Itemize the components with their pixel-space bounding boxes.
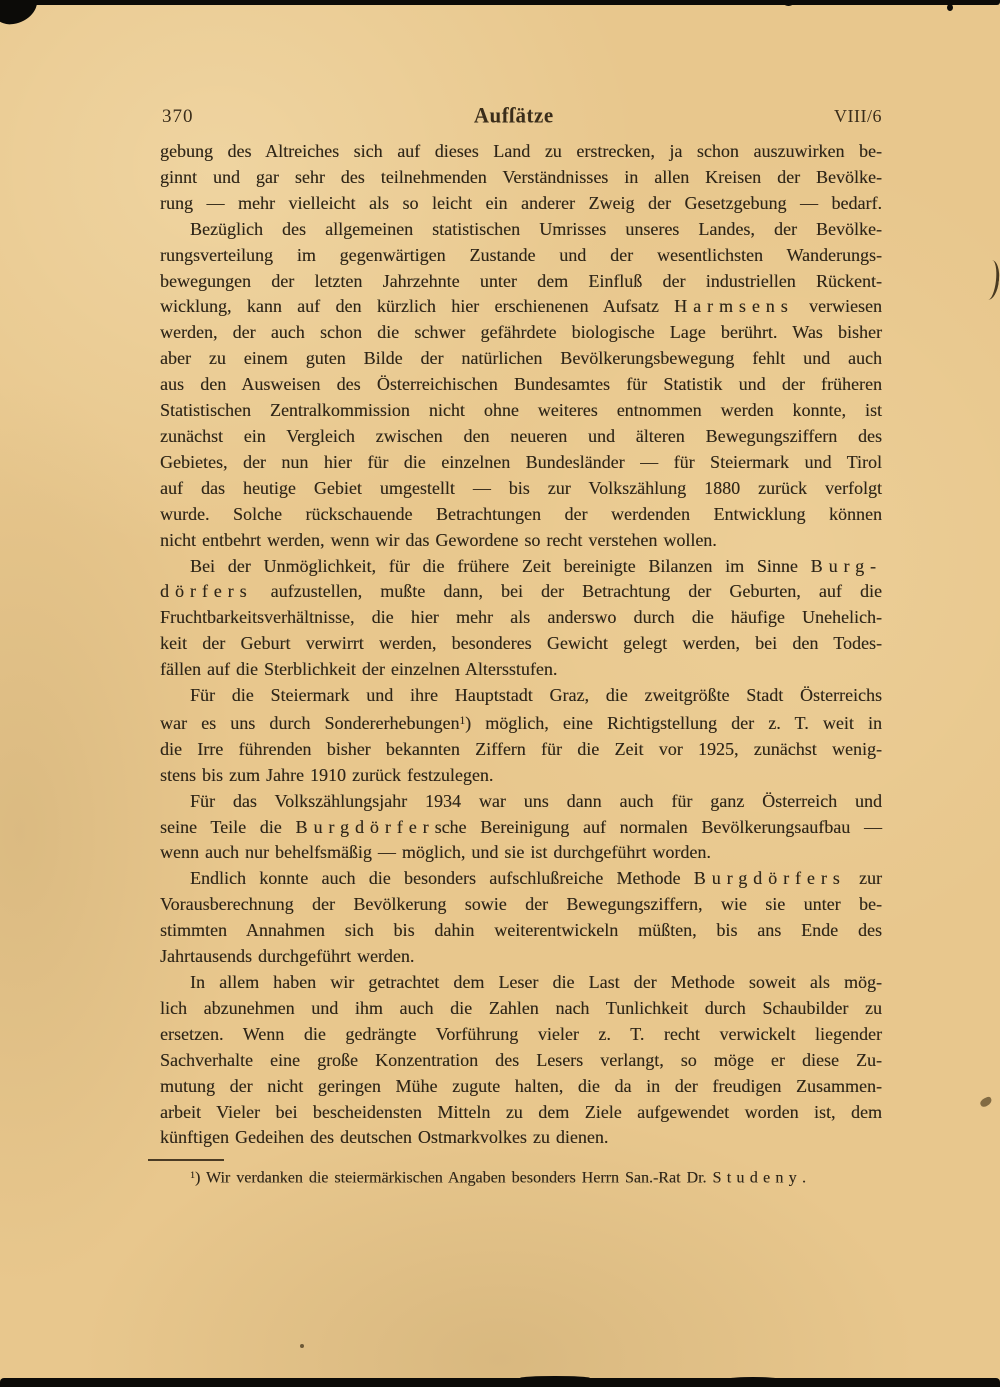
text-run: rung — mehr vielleicht als so leicht ein… [160,193,882,213]
text-line: Gebietes, der nun hier für die einzelnen… [160,450,882,476]
text-line: aber zu einem guten Bilde der natürliche… [160,346,882,372]
paragraph: Für die Steiermark und ihre Hauptstadt G… [160,683,882,789]
text-line: Endlich konnte auch die besonders aufsch… [160,866,882,892]
text-run: verwiesen [794,296,882,316]
text-run: arbeit Vieler bei bescheidensten Mitteln… [160,1102,882,1122]
running-head: 370 Aufſätze VIII/6 [162,103,882,128]
text-run: Fruchtbarkeitsverhältnisse, die hier meh… [160,607,882,627]
text-line: Sachverhalte eine große Konzentration de… [160,1048,882,1074]
text-run: bewegungen der letzten Jahrzehnte unter … [160,271,882,291]
text-run: Jahrtausends durchgeführt werden. [160,946,414,966]
paragraph-container: gebung des Altreiches sich auf dieses La… [160,139,882,1151]
text-line: dörfers aufzustellen, mußte dann, bei de… [160,579,882,605]
text-line: werden, der auch schon die schwer gefähr… [160,320,882,346]
text-line: wurde. Solche rückschauende Betrachtunge… [160,502,882,528]
page-number: 370 [162,106,194,128]
text-line: Für die Steiermark und ihre Hauptstadt G… [160,683,882,709]
text-run: Sachverhalte eine große Konzentration de… [160,1050,882,1070]
text-run: aus den Ausweisen des Österreichischen B… [160,374,882,394]
paragraph: Für das Volkszählungsjahr 1934 war uns d… [160,789,882,867]
paragraph: gebung des Altreiches sich auf dieses La… [160,139,882,217]
text-line: künftigen Gedeihen des deutschen Ostmark… [160,1125,882,1151]
spaced-name: Burgdörfer [296,817,435,837]
text-run: Vorausberechnung der Bevölkerung sowie d… [160,894,882,914]
text-line: zunächst ein Vergleich zwischen den neue… [160,424,882,450]
text-run: In allem haben wir getrachtet dem Leser … [190,972,882,992]
text-line: rungsverteilung im gegenwärtigen Zustand… [160,243,882,269]
text-run: zur [846,868,882,888]
text-run: nicht entbehrt werden, wenn wir das Gewo… [160,530,717,550]
text-run: Endlich konnte auch die besonders aufsch… [190,868,694,888]
text-line: aus den Ausweisen des Österreichischen B… [160,372,882,398]
text-line: Jahrtausends durchgeführt werden. [160,944,882,970]
text-run: Bezüglich des allgemeinen statistischen … [190,219,882,239]
text-run: war es uns durch Sondererhebungen [160,713,460,733]
text-line: bewegungen der letzten Jahrzehnte unter … [160,269,882,295]
text-line: ginnt und gar sehr des teilnehmenden Ver… [160,165,882,191]
footnote: 1) Wir verdanken die steiermärkischen An… [160,1165,882,1189]
text-run: . [802,1170,806,1187]
text-line: Bei der Unmöglichkeit, für die frühere Z… [160,554,882,580]
scan-edge-mark-artifact [982,259,1000,300]
scan-edge-bump-artifact [520,1376,590,1380]
scanned-page: 370 Aufſätze VIII/6 gebung des Altreiche… [0,0,1000,1387]
text-run: wurde. Solche rückschauende Betrachtunge… [160,504,882,524]
text-run: Gebietes, der nun hier für die einzelnen… [160,452,882,472]
text-run: ersetzen. Wenn die gedrängte Vorführung … [160,1024,882,1044]
text-run: ) möglich, eine Richtigstellung der z. T… [465,713,882,733]
text-run: werden, der auch schon die schwer gefähr… [160,322,882,342]
scan-speck-artifact [947,4,953,11]
scan-smudge-artifact [979,1096,993,1108]
text-line: mutung der nicht geringen Mühe zugute ha… [160,1074,882,1100]
text-run: stens bis zum Jahre 1910 zurück festzule… [160,765,493,785]
text-line: nicht entbehrt werden, wenn wir das Gewo… [160,528,882,554]
text-run: ginnt und gar sehr des teilnehmenden Ver… [160,167,882,187]
text-run: Für die Steiermark und ihre Hauptstadt G… [190,685,882,705]
page-title: Aufſätze [194,102,835,128]
text-line: wenn auch nur behelfsmäßig — möglich, un… [160,840,882,866]
paragraph: In allem haben wir getrachtet dem Leser … [160,970,882,1151]
text-line: Statistischen Zentralkommission nicht oh… [160,398,882,424]
text-line: keit der Geburt verwirrt werden, besonde… [160,631,882,657]
body-text: gebung des Altreiches sich auf dieses La… [160,139,882,1190]
text-line: Vorausberechnung der Bevölkerung sowie d… [160,892,882,918]
text-run: ) Wir verdanken die steiermärkischen Ang… [195,1170,713,1187]
text-line: wicklung, kann auf den kürzlich hier ers… [160,294,882,320]
text-run: auf das heutige Gebiet umgestellt — bis … [160,478,882,498]
scan-edge-bottom [0,1378,1000,1387]
text-run: gebung des Altreiches sich auf dieses La… [160,141,882,161]
footnote-rule [148,1159,224,1161]
paragraph: Bei der Unmöglichkeit, für die frühere Z… [160,554,882,684]
text-run: aufzustellen, mußte dann, bei der Betrac… [253,581,882,601]
text-line: fällen auf die Sterblichkeit der einzeln… [160,657,882,683]
section-label: VIII/6 [834,106,882,127]
paragraph: Endlich konnte auch die besonders aufsch… [160,866,882,970]
text-run: künftigen Gedeihen des deutschen Ostmark… [160,1127,608,1147]
text-line: die Irre führenden bisher bekannten Ziff… [160,737,882,763]
text-run: aber zu einem guten Bilde der natürliche… [160,348,882,368]
spaced-name: Studeny [713,1170,802,1187]
spaced-name: dörfers [160,581,253,601]
text-run: rungsverteilung im gegenwärtigen Zustand… [160,245,882,265]
spaced-name: Harmsens [674,296,794,316]
paragraph: Bezüglich des allgemeinen statistischen … [160,217,882,554]
text-line: Bezüglich des allgemeinen statistischen … [160,217,882,243]
text-line: In allem haben wir getrachtet dem Leser … [160,970,882,996]
text-run: mutung der nicht geringen Mühe zugute ha… [160,1076,882,1096]
spaced-name: Burgdörfers [694,868,846,888]
text-line: war es uns durch Sondererhebungen1) mögl… [160,709,882,737]
text-run: fällen auf die Sterblichkeit der einzeln… [160,659,557,679]
text-run: stimmten Annahmen sich bis dahin weitere… [160,920,882,940]
text-run: wicklung, kann auf den kürzlich hier ers… [160,296,674,316]
text-line: gebung des Altreiches sich auf dieses La… [160,139,882,165]
scan-edge-top [0,0,1000,5]
text-line: ersetzen. Wenn die gedrängte Vorführung … [160,1022,882,1048]
text-line: stimmten Annahmen sich bis dahin weitere… [160,918,882,944]
text-run: Bei der Unmöglichkeit, für die frühere Z… [190,556,811,576]
text-run: keit der Geburt verwirrt werden, besonde… [160,633,882,653]
text-line: lich abzunehmen und ihm auch die Zahlen … [160,996,882,1022]
text-line: auf das heutige Gebiet umgestellt — bis … [160,476,882,502]
text-line: Fruchtbarkeitsverhältnisse, die hier meh… [160,605,882,631]
text-run: lich abzunehmen und ihm auch die Zahlen … [160,998,882,1018]
text-run: die Irre führenden bisher bekannten Ziff… [160,739,882,759]
text-line: stens bis zum Jahre 1910 zurück festzule… [160,763,882,789]
text-line: Für das Volkszählungsjahr 1934 war uns d… [160,789,882,815]
scan-edge-bump-artifact [730,1377,776,1380]
scan-corner-artifact [0,0,39,26]
text-line: seine Teile die Burgdörfersche Bereinigu… [160,815,882,841]
text-run: sche Bereinigung auf normalen Bevölkerun… [435,817,882,837]
text-run: seine Teile die [160,817,296,837]
text-line: rung — mehr vielleicht als so leicht ein… [160,191,882,217]
text-run: zunächst ein Vergleich zwischen den neue… [160,426,882,446]
text-run: Für das Volkszählungsjahr 1934 war uns d… [190,791,882,811]
scan-speck-artifact [784,1,793,6]
spaced-name: Burg- [811,556,882,576]
text-line: arbeit Vieler bei bescheidensten Mitteln… [160,1100,882,1126]
text-run: wenn auch nur behelfsmäßig — möglich, un… [160,842,711,862]
text-run: Statistischen Zentralkommission nicht oh… [160,400,882,420]
scan-speck-artifact [300,1344,304,1348]
